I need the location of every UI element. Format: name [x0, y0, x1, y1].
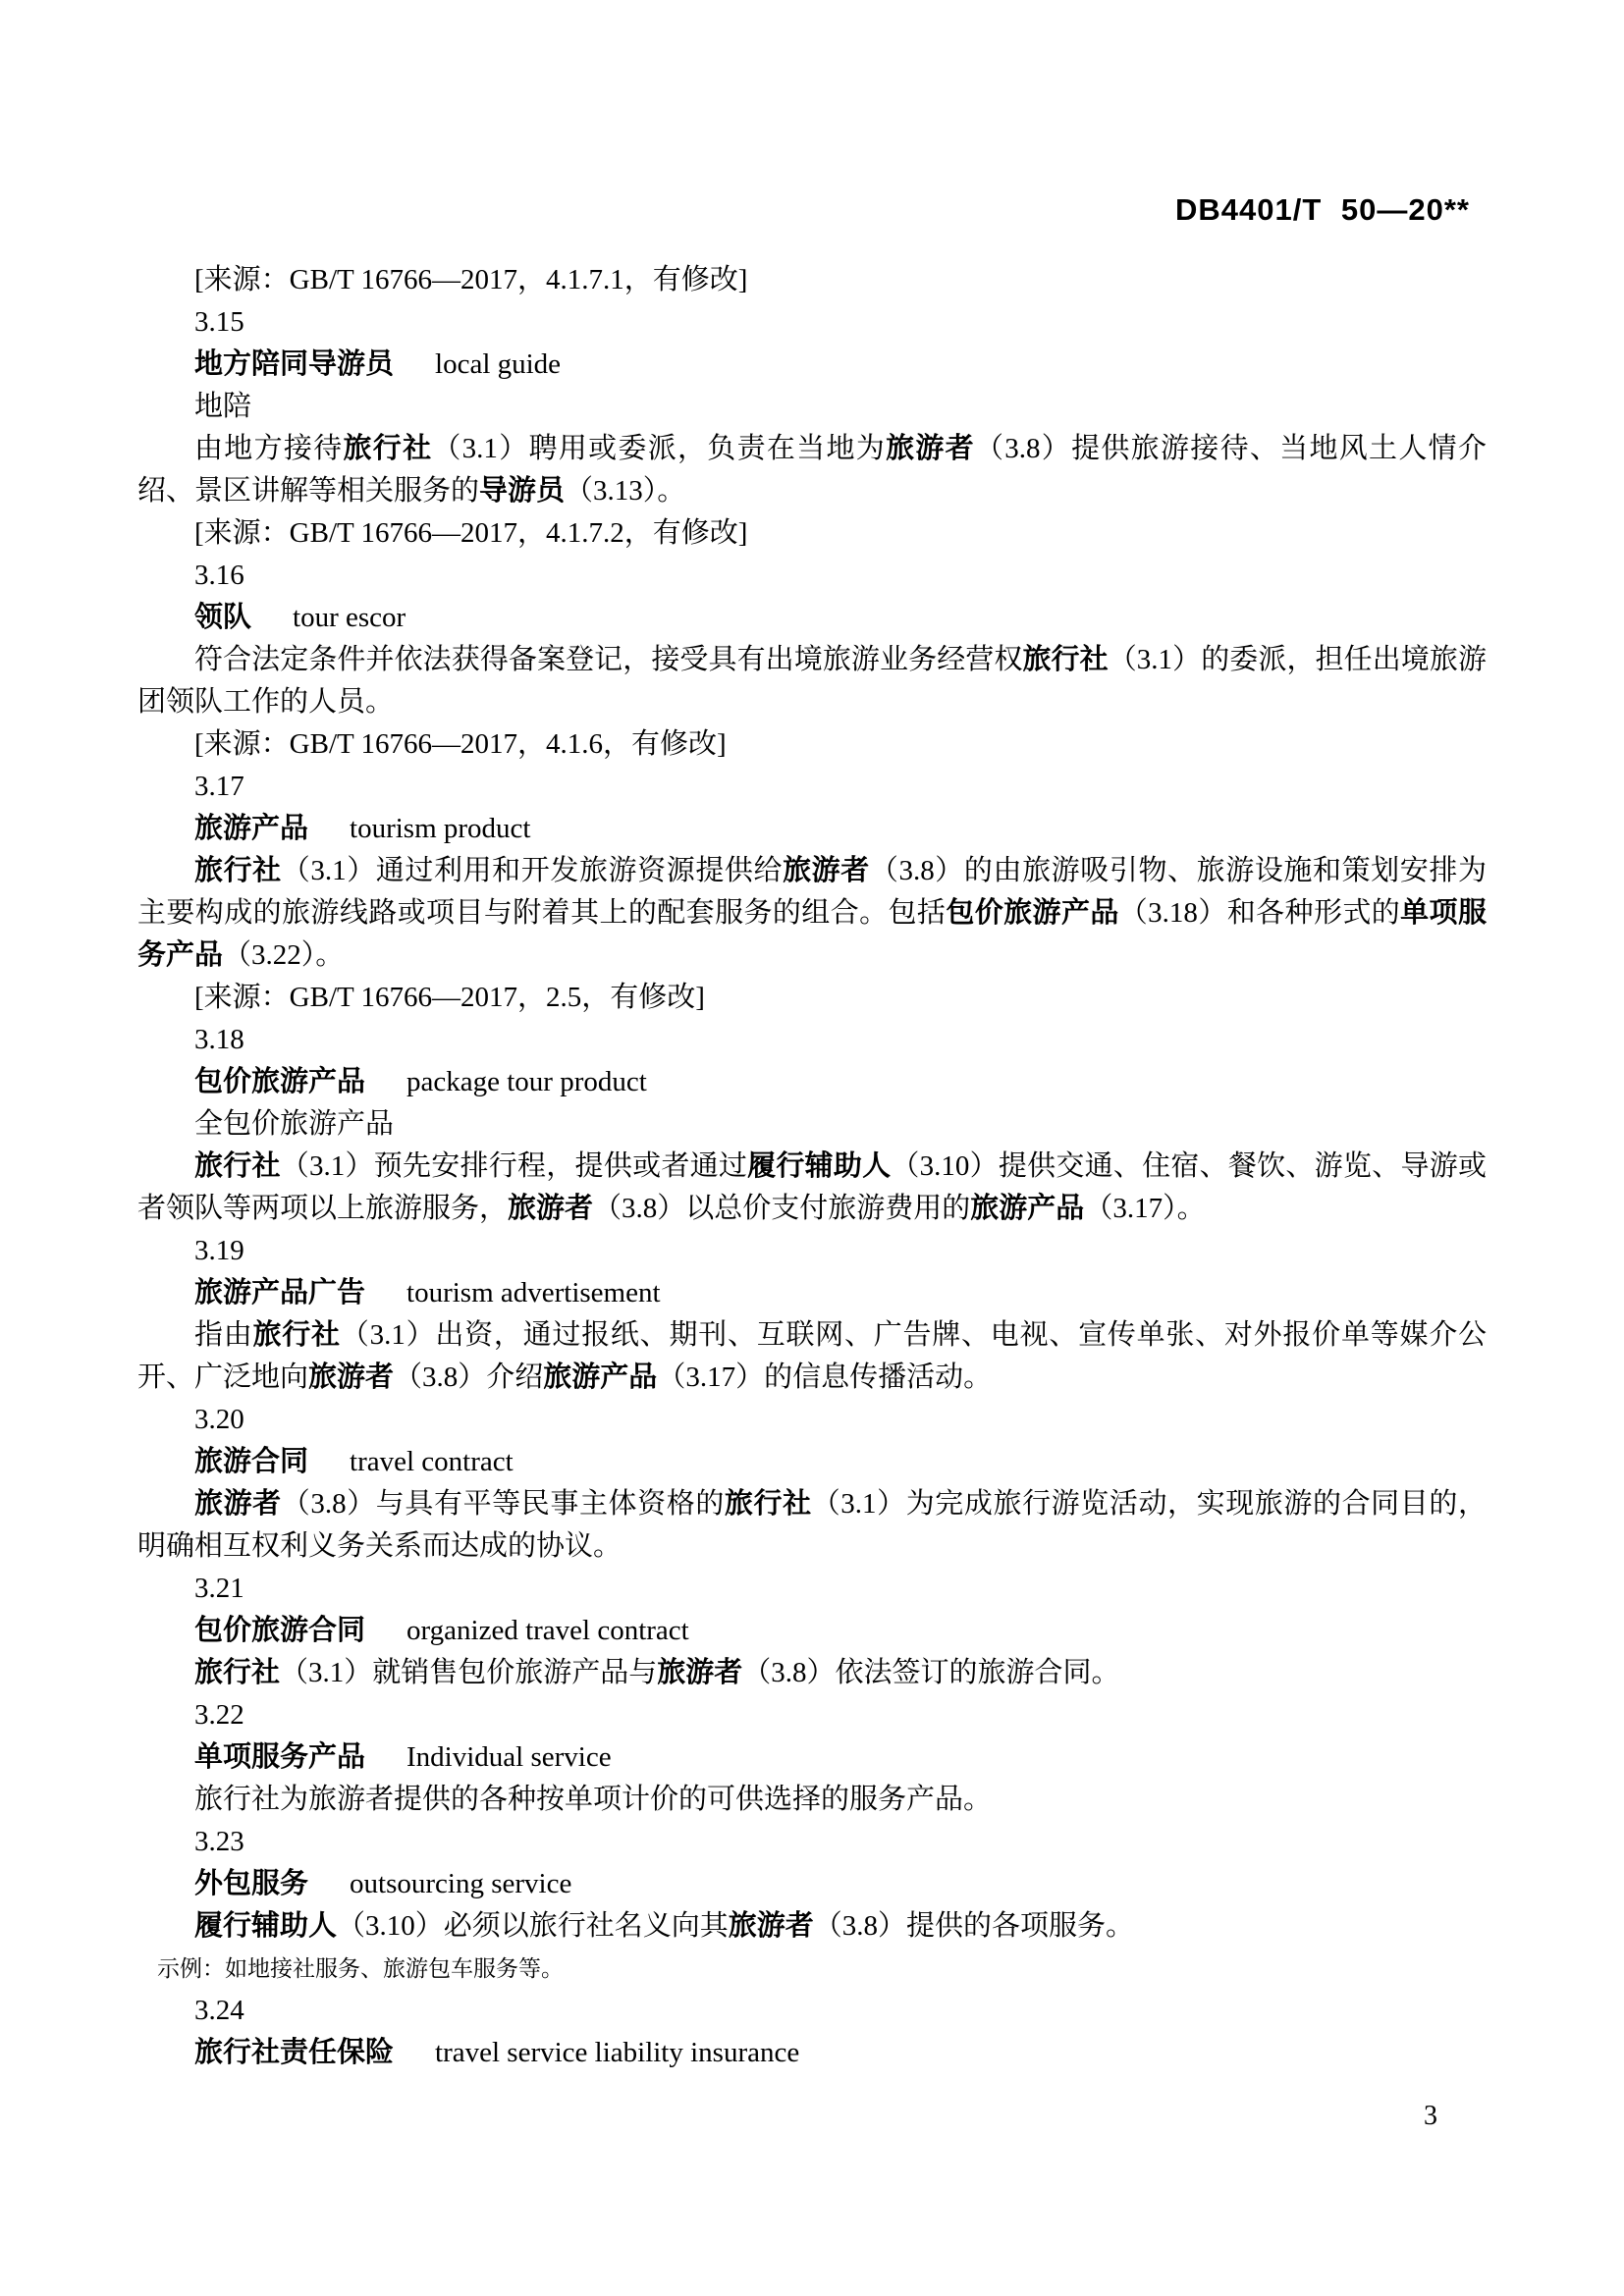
term-number: 3.23: [137, 1821, 1487, 1863]
term-heading: 领队tour escor: [137, 597, 1487, 639]
term-section-3-18: 3.18 包价旅游产品package tour product 全包价旅游产品 …: [137, 1019, 1487, 1230]
term-section-3-15: 3.15 地方陪同导游员local guide 地陪 由地方接待旅行社（3.1）…: [137, 301, 1487, 555]
page-body: [来源：GB/T 16766—2017，4.1.7.1，有修改] 3.15 地方…: [137, 259, 1487, 2074]
term-section-3-16: 3.16 领队tour escor 符合法定条件并依法获得备案登记，接受具有出境…: [137, 555, 1487, 766]
term-section-3-24: 3.24 旅行社责任保险travel service liability ins…: [137, 1990, 1487, 2074]
term-zh: 旅游产品: [194, 813, 308, 844]
term-heading: 地方陪同导游员local guide: [137, 344, 1487, 386]
term-number: 3.20: [137, 1399, 1487, 1441]
term-definition: 履行辅助人（3.10）必须以旅行社名义向其旅游者（3.8）提供的各项服务。: [137, 1905, 1487, 1948]
term-definition: 旅游者（3.8）与具有平等民事主体资格的旅行社（3.1）为完成旅行游览活动，实现…: [137, 1483, 1487, 1568]
term-zh: 旅游合同: [194, 1446, 308, 1477]
term-definition: 旅行社（3.1）预先安排行程，提供或者通过履行辅助人（3.10）提供交通、住宿、…: [137, 1146, 1487, 1230]
source-note: [来源：GB/T 16766—2017，4.1.7.1，有修改]: [137, 259, 1487, 301]
term-en: package tour product: [406, 1066, 647, 1097]
term-zh: 领队: [194, 602, 251, 633]
term-zh: 外包服务: [194, 1868, 308, 1899]
term-definition: 旅行社为旅游者提供的各种按单项计价的可供选择的服务产品。: [137, 1779, 1487, 1821]
term-zh: 旅行社责任保险: [194, 2037, 394, 2068]
page-number: 3: [1424, 2101, 1437, 2132]
term-number: 3.22: [137, 1694, 1487, 1736]
example-note: 示例：如地接社服务、旅游包车服务等。: [137, 1948, 1487, 1990]
term-definition: 符合法定条件并依法获得备案登记，接受具有出境旅游业务经营权旅行社（3.1）的委派…: [137, 639, 1487, 723]
term-heading: 旅行社责任保险travel service liability insuranc…: [137, 2032, 1487, 2074]
term-zh: 单项服务产品: [194, 1741, 365, 1773]
source-note: [来源：GB/T 16766—2017，4.1.6，有修改]: [137, 723, 1487, 766]
document-page: DB4401/T 50—20** [来源：GB/T 16766—2017，4.1…: [0, 0, 1624, 2296]
source-note: [来源：GB/T 16766—2017，2.5，有修改]: [137, 977, 1487, 1019]
term-heading: 包价旅游合同organized travel contract: [137, 1610, 1487, 1652]
term-section-3-21: 3.21 包价旅游合同organized travel contract 旅行社…: [137, 1568, 1487, 1694]
term-en: tourism advertisement: [406, 1277, 661, 1308]
term-number: 3.24: [137, 1990, 1487, 2032]
term-number: 3.17: [137, 766, 1487, 808]
term-heading: 包价旅游产品package tour product: [137, 1061, 1487, 1103]
term-zh: 包价旅游合同: [194, 1615, 365, 1646]
term-heading: 单项服务产品Individual service: [137, 1736, 1487, 1779]
term-section-3-22: 3.22 单项服务产品Individual service 旅行社为旅游者提供的…: [137, 1694, 1487, 1821]
term-en: outsourcing service: [350, 1868, 571, 1899]
term-number: 3.16: [137, 555, 1487, 597]
term-definition: 旅行社（3.1）通过利用和开发旅游资源提供给旅游者（3.8）的由旅游吸引物、旅游…: [137, 850, 1487, 977]
doc-code-header: DB4401/T 50—20**: [1175, 192, 1470, 228]
term-alias: 地陪: [137, 386, 1487, 428]
term-zh: 旅游产品广告: [194, 1277, 365, 1308]
source-note: [来源：GB/T 16766—2017，4.1.7.2，有修改]: [137, 512, 1487, 555]
term-number: 3.21: [137, 1568, 1487, 1610]
term-zh: 包价旅游产品: [194, 1066, 365, 1097]
term-heading: 旅游产品广告tourism advertisement: [137, 1272, 1487, 1314]
term-section-3-17: 3.17 旅游产品tourism product 旅行社（3.1）通过利用和开发…: [137, 766, 1487, 1019]
term-en: Individual service: [406, 1741, 612, 1773]
term-en: travel service liability insurance: [435, 2037, 799, 2068]
term-heading: 外包服务outsourcing service: [137, 1863, 1487, 1905]
term-section-3-23: 3.23 外包服务outsourcing service 履行辅助人（3.10）…: [137, 1821, 1487, 1990]
term-heading: 旅游产品tourism product: [137, 808, 1487, 850]
term-section-3-19: 3.19 旅游产品广告tourism advertisement 指由旅行社（3…: [137, 1230, 1487, 1399]
term-heading: 旅游合同travel contract: [137, 1441, 1487, 1483]
term-definition: 旅行社（3.1）就销售包价旅游产品与旅游者（3.8）依法签订的旅游合同。: [137, 1652, 1487, 1694]
term-definition: 指由旅行社（3.1）出资，通过报纸、期刊、互联网、广告牌、电视、宣传单张、对外报…: [137, 1314, 1487, 1399]
term-number: 3.19: [137, 1230, 1487, 1272]
term-alias: 全包价旅游产品: [137, 1103, 1487, 1146]
term-en: local guide: [435, 348, 561, 380]
term-en: tourism product: [350, 813, 530, 844]
term-zh: 地方陪同导游员: [194, 348, 394, 380]
term-en: tour escor: [293, 602, 406, 633]
term-number: 3.15: [137, 301, 1487, 344]
term-number: 3.18: [137, 1019, 1487, 1061]
term-en: travel contract: [350, 1446, 514, 1477]
term-section-3-20: 3.20 旅游合同travel contract 旅游者（3.8）与具有平等民事…: [137, 1399, 1487, 1568]
term-definition: 由地方接待旅行社（3.1）聘用或委派，负责在当地为旅游者（3.8）提供旅游接待、…: [137, 428, 1487, 512]
term-en: organized travel contract: [406, 1615, 689, 1646]
